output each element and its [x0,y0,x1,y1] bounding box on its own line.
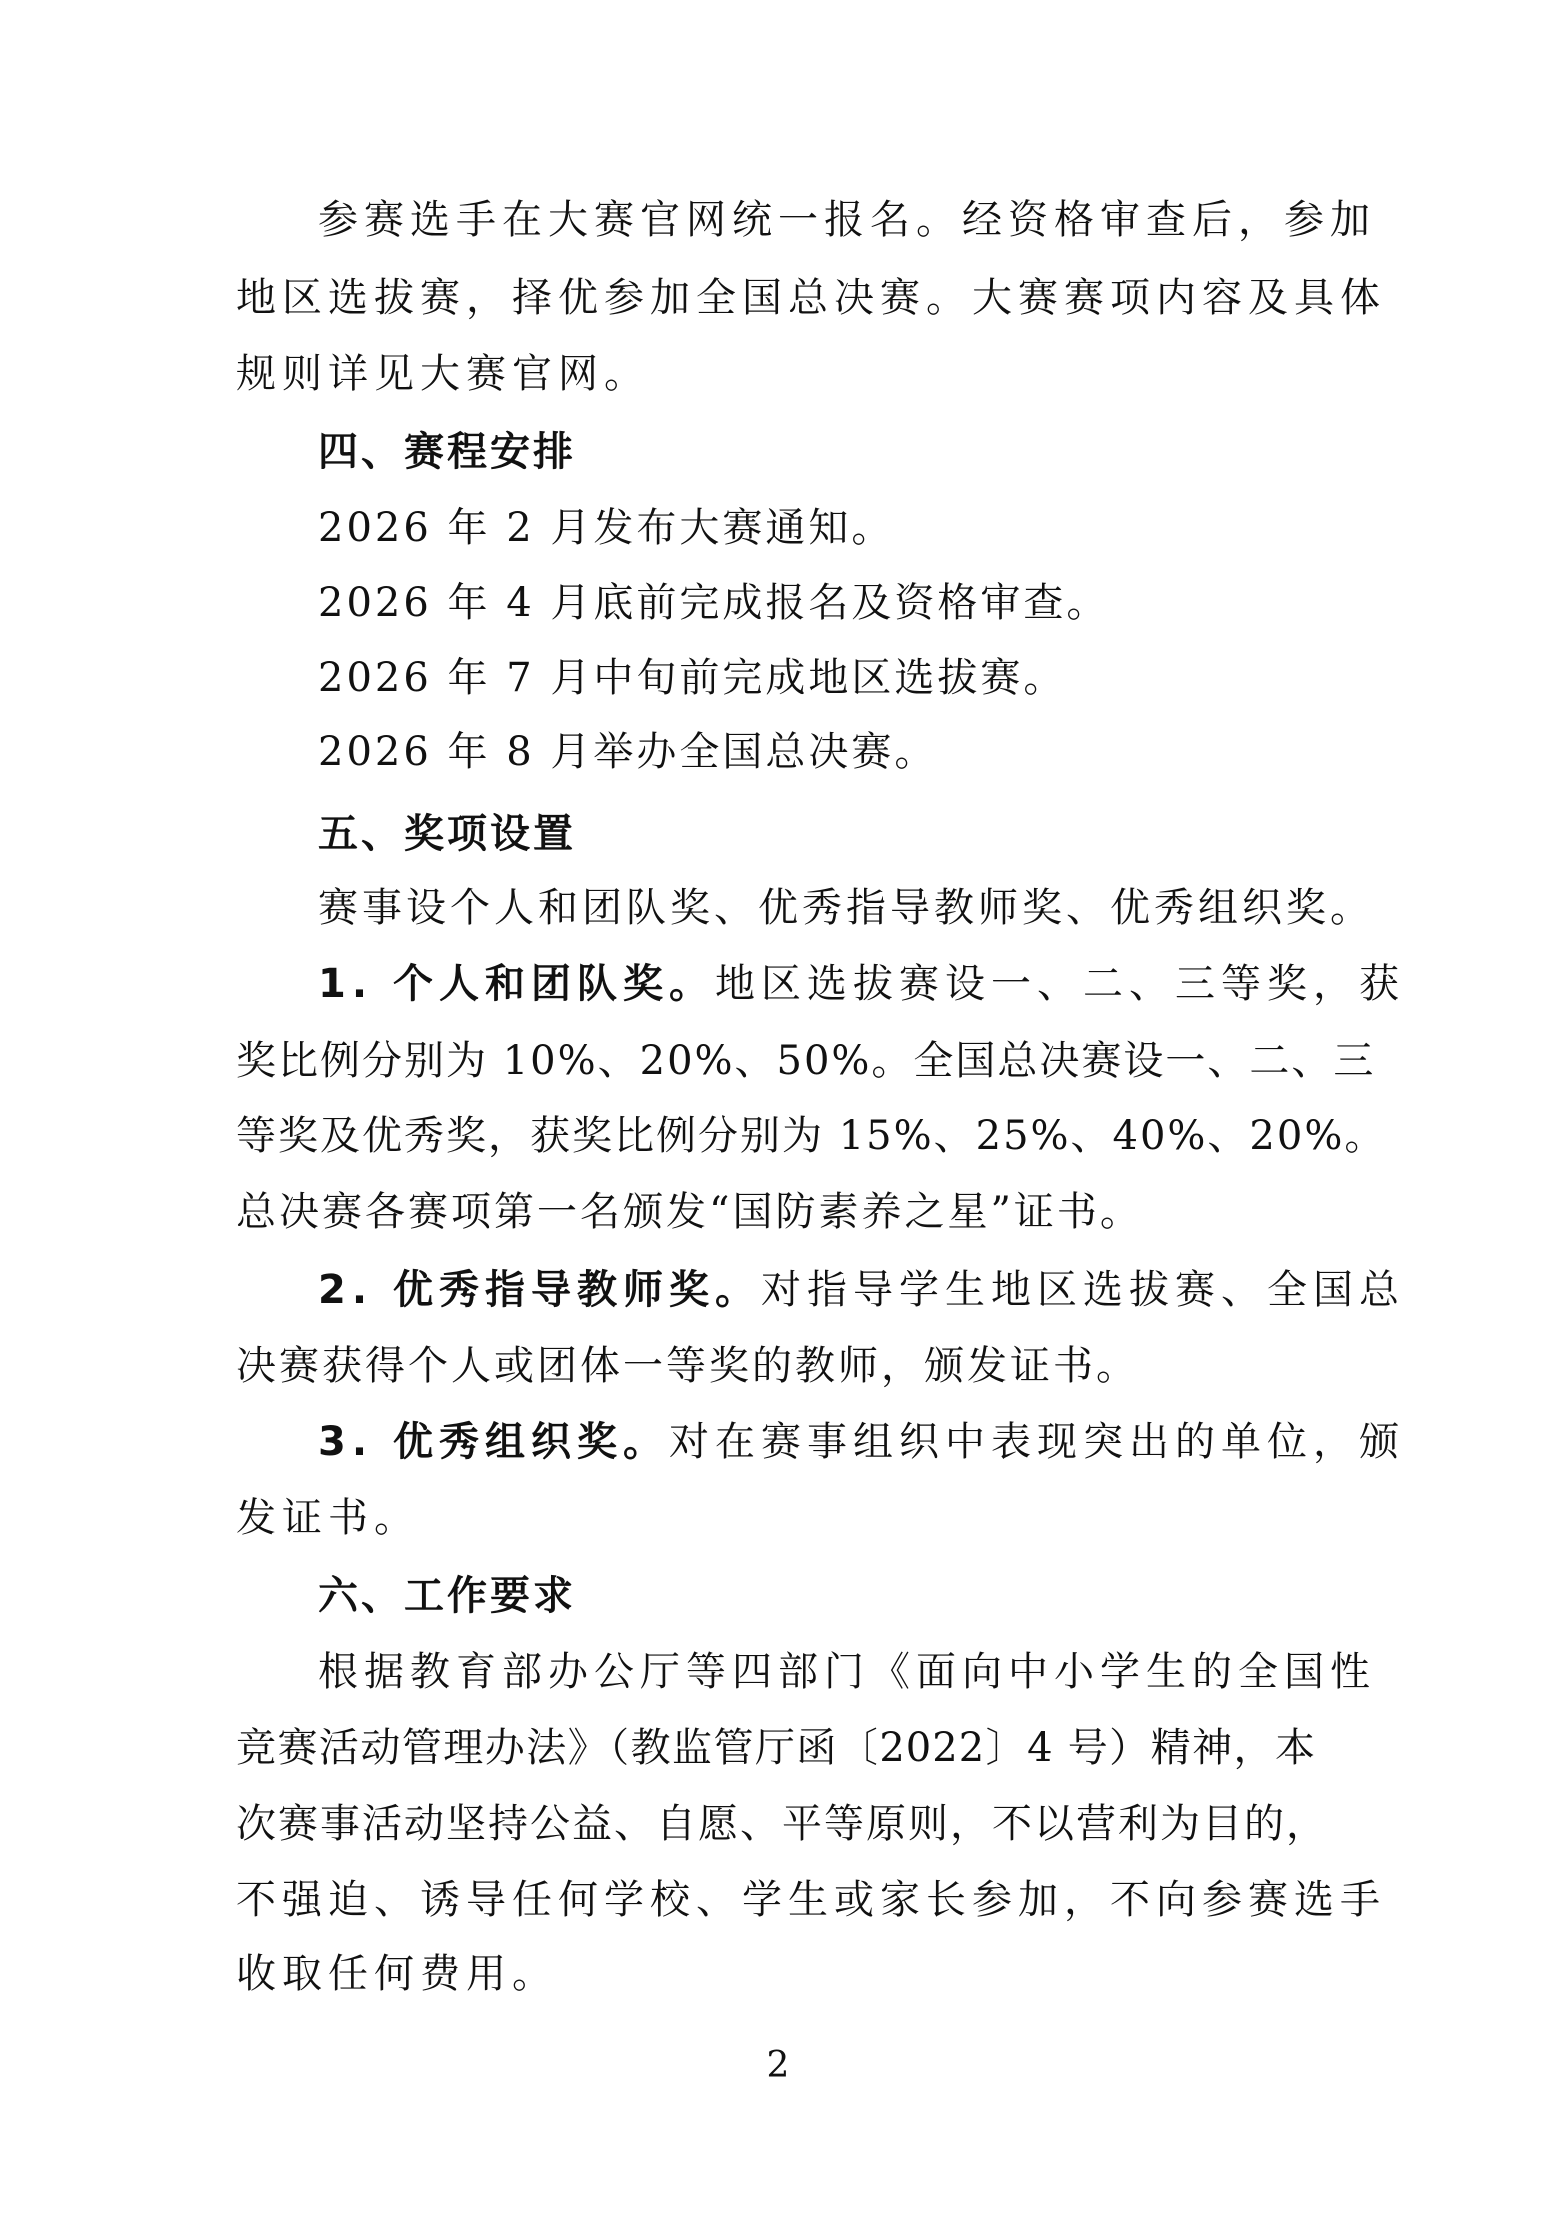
section-heading-awards: 五、奖项设置 [318,806,576,862]
award-title: 3. 优秀组织奖。 [318,1419,669,1465]
schedule-item: 2026 年 2 月发布大赛通知。 [318,500,1318,556]
paragraph-line: 总决赛各赛项第一名颁发“国防素养之星”证书。 [236,1184,1316,1240]
paragraph-line: 根据教育部办公厅等四部门《面向中小学生的全国性 [318,1644,1318,1700]
paragraph-line: 收取任何费用。 [236,1946,1316,2002]
paragraph-line: 地区选拔赛，择优参加全国总决赛。大赛赛项内容及具体 [236,270,1316,326]
paragraph-line: 等奖及优秀奖，获奖比例分别为 15%、25%、40%、20%。 [236,1108,1316,1164]
award-organization: 3. 优秀组织奖。对在赛事组织中表现突出的单位，颁 [318,1414,1318,1470]
award-text: 对指导学生地区选拔赛、全国总 [761,1267,1405,1313]
section-heading-requirements: 六、工作要求 [318,1568,576,1624]
awards-summary: 赛事设个人和团队奖、优秀指导教师奖、优秀组织奖。 [318,880,1318,936]
paragraph-line: 参赛选手在大赛官网统一报名。经资格审查后，参加 [318,192,1318,248]
schedule-item: 2026 年 8 月举办全国总决赛。 [318,724,1318,780]
award-instructor: 2. 优秀指导教师奖。对指导学生地区选拔赛、全国总 [318,1262,1318,1318]
page-number: 2 [0,2042,1556,2090]
schedule-item: 2026 年 4 月底前完成报名及资格审查。 [318,575,1318,631]
paragraph-line: 竞赛活动管理办法》（教监管厅函〔2022〕4 号）精神，本 [236,1720,1316,1776]
paragraph-line: 决赛获得个人或团体一等奖的教师，颁发证书。 [236,1338,1316,1394]
paragraph-line: 发证书。 [236,1490,1316,1546]
document-page: 参赛选手在大赛官网统一报名。经资格审查后，参加 地区选拔赛，择优参加全国总决赛。… [0,0,1556,2221]
paragraph-line: 次赛事活动坚持公益、自愿、平等原则，不以营利为目的， [236,1796,1316,1852]
paragraph-line: 规则详见大赛官网。 [236,346,1316,402]
paragraph-line: 奖比例分别为 10%、20%、50%。全国总决赛设一、二、三 [236,1033,1316,1089]
paragraph-line: 不强迫、诱导任何学校、学生或家长参加，不向参赛选手 [236,1872,1316,1928]
award-title: 1. 个人和团队奖。 [318,961,715,1007]
award-text: 地区选拔赛设一、二、三等奖，获 [715,961,1405,1007]
award-text: 对在赛事组织中表现突出的单位，颁 [669,1419,1405,1465]
award-individual-team: 1. 个人和团队奖。地区选拔赛设一、二、三等奖，获 [318,956,1318,1012]
section-heading-schedule: 四、赛程安排 [318,424,576,480]
award-title: 2. 优秀指导教师奖。 [318,1267,761,1313]
schedule-item: 2026 年 7 月中旬前完成地区选拔赛。 [318,650,1318,706]
